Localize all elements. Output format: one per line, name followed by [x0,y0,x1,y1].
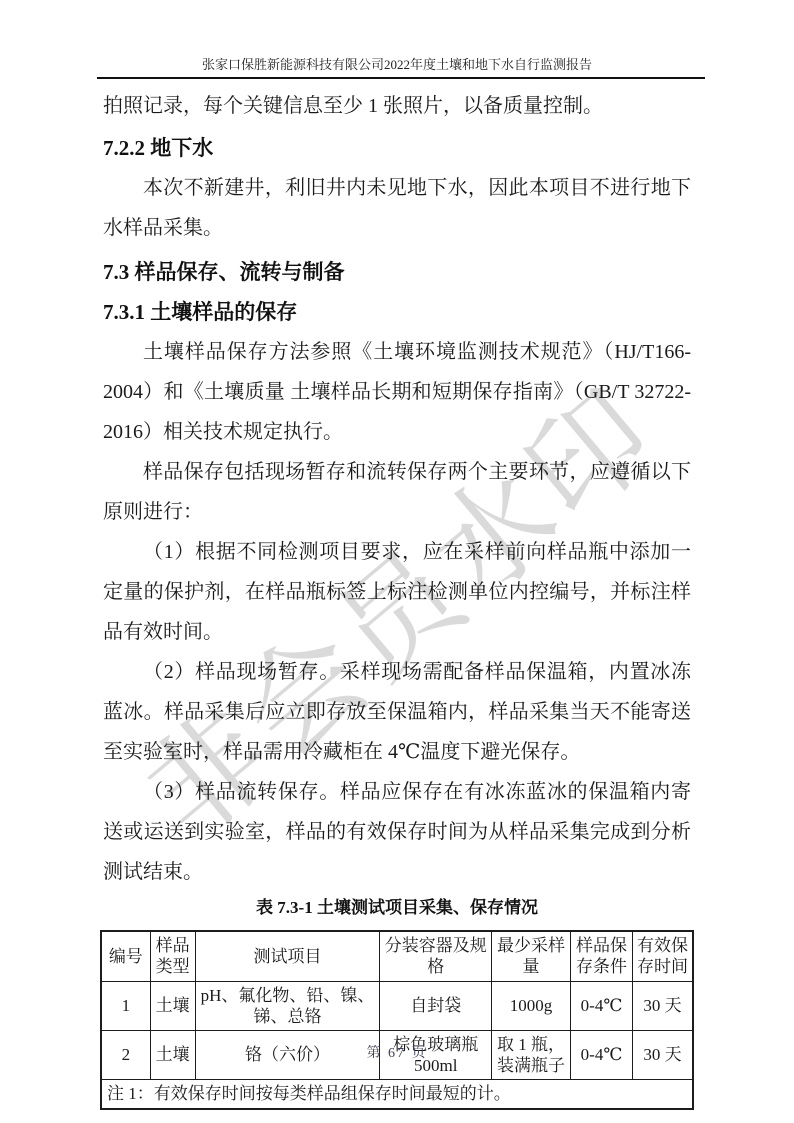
heading-7-3-1-soil-sample-storage: 7.3.1 土壤样品的保存 [103,292,691,332]
paragraph-groundwater: 本次不新建井，利旧井内未见地下水，因此本项目不进行地下水样品采集。 [103,168,691,248]
table-note-row: 注 1：有效保存时间按每类样品组保存时间最短的计。 [101,1079,693,1109]
col-header-valid-duration: 有效保存时间 [633,931,693,981]
col-header-min-sample: 最少采样量 [492,931,571,981]
table-header-row: 编号 样品类型 测试项目 分装容器及规格 最少采样量 样品保存条件 有效保存时间 [101,931,693,981]
cell-valid-duration: 30 天 [633,981,693,1030]
document-page: 非会员水印 张家口保胜新能源科技有限公司2022年度土壤和地下水自行监测报告 拍… [0,0,794,1123]
cell-sample-type: 土壤 [150,981,195,1030]
paragraph-principle-3: （3）样品流转保存。样品应保存在有冰冻蓝冰的保温箱内寄送或运送到实验室，样品的有… [103,772,691,892]
table-note: 注 1：有效保存时间按每类样品组保存时间最短的计。 [101,1079,693,1109]
header-divider [97,77,705,79]
table-row: 1 土壤 pH、氟化物、铅、镍、锑、总铬 自封袋 1000g 0-4℃ 30 天 [101,981,693,1030]
cell-container-spec: 自封袋 [380,981,492,1030]
page-number: 第 67 页 [0,1042,794,1062]
page-header-title: 张家口保胜新能源科技有限公司2022年度土壤和地下水自行监测报告 [103,54,691,73]
col-header-container-spec: 分装容器及规格 [380,931,492,981]
paragraph-storage-principles: 样品保存包括现场暂存和流转保存两个主要环节，应遵循以下原则进行： [103,452,691,532]
col-header-test-items: 测试项目 [195,931,380,981]
document-body: 拍照记录，每个关键信息至少 1 张照片，以备质量控制。 7.2.2 地下水 本次… [103,86,691,1110]
cell-storage-condition: 0-4℃ [570,981,632,1030]
paragraph-photo-record: 拍照记录，每个关键信息至少 1 张照片，以备质量控制。 [103,86,691,126]
heading-7-2-2-groundwater: 7.2.2 地下水 [103,128,691,168]
paragraph-storage-standards: 土壤样品保存方法参照《土壤环境监测技术规范》（HJ/T166-2004）和《土壤… [103,332,691,452]
paragraph-principle-1: （1）根据不同检测项目要求，应在采样前向样品瓶中添加一定量的保护剂，在样品瓶标签… [103,532,691,652]
paragraph-principle-2: （2）样品现场暂存。采样现场需配备样品保温箱，内置冰冻蓝冰。样品采集后应立即存放… [103,652,691,772]
col-header-storage-condition: 样品保存条件 [570,931,632,981]
cell-min-sample: 1000g [492,981,571,1030]
cell-test-items: pH、氟化物、铅、镍、锑、总铬 [195,981,380,1030]
heading-7-3-sample-preservation: 7.3 样品保存、流转与制备 [103,252,691,292]
col-header-sample-type: 样品类型 [150,931,195,981]
table-caption: 表 7.3-1 土壤测试项目采集、保存情况 [103,892,691,924]
soil-test-storage-table: 编号 样品类型 测试项目 分装容器及规格 最少采样量 样品保存条件 有效保存时间… [100,930,694,1110]
col-header-number: 编号 [101,931,150,981]
cell-number: 1 [101,981,150,1030]
